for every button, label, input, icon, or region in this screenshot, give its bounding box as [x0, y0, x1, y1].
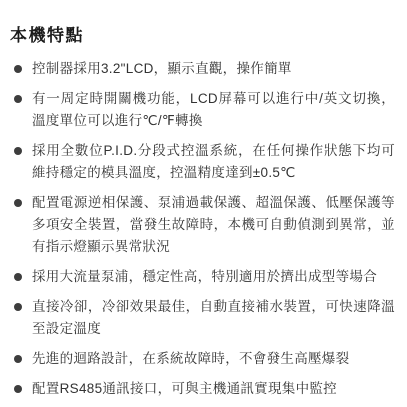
bullet-dot-icon: [14, 385, 22, 393]
feature-list-item: 配置電源逆相保護、泵浦過載保護、超溫保護、低壓保護等多項安全裝置，當發生故障時，…: [10, 192, 395, 258]
bullet-dot-icon: [14, 95, 22, 103]
feature-page: 本機特點 控制器採用3.2"LCD，顯示直觀，操作簡單 有一周定時開關機功能，L…: [0, 0, 407, 407]
feature-list-item: 直接冷卻，冷卻效果最佳，自動直接補水裝置，可快速降溫至設定溫度: [10, 296, 395, 340]
feature-list-item: 有一周定時開關機功能，LCD屏幕可以進行中/英文切換，溫度單位可以進行℃/℉轉換: [10, 88, 395, 132]
feature-text: 採用大流量泵浦，穩定性高，特別適用於擠出成型等場合: [32, 266, 395, 288]
bullet-dot-icon: [14, 147, 22, 155]
feature-text: 採用全數位P.I.D.分段式控溫系統，在任何操作狀態下均可維持穩定的模具溫度，控…: [32, 140, 395, 184]
feature-list-item: 先進的迴路設計，在系統故障時，不會發生高壓爆裂: [10, 348, 395, 370]
feature-list: 控制器採用3.2"LCD，顯示直觀，操作簡單 有一周定時開關機功能，LCD屏幕可…: [10, 58, 395, 400]
feature-text: 控制器採用3.2"LCD，顯示直觀，操作簡單: [32, 58, 395, 80]
page-title: 本機特點: [10, 26, 395, 46]
feature-text: 配置電源逆相保護、泵浦過載保護、超溫保護、低壓保護等多項安全裝置，當發生故障時，…: [32, 192, 395, 258]
bullet-dot-icon: [14, 199, 22, 207]
feature-text: 配置RS485通訊接口，可與主機通訊實現集中監控: [32, 378, 395, 400]
bullet-dot-icon: [14, 65, 22, 73]
feature-text: 直接冷卻，冷卻效果最佳，自動直接補水裝置，可快速降溫至設定溫度: [32, 296, 395, 340]
feature-text: 有一周定時開關機功能，LCD屏幕可以進行中/英文切換，溫度單位可以進行℃/℉轉換: [32, 88, 395, 132]
bullet-dot-icon: [14, 355, 22, 363]
feature-list-item: 採用全數位P.I.D.分段式控溫系統，在任何操作狀態下均可維持穩定的模具溫度，控…: [10, 140, 395, 184]
bullet-dot-icon: [14, 273, 22, 281]
feature-list-item: 採用大流量泵浦，穩定性高，特別適用於擠出成型等場合: [10, 266, 395, 288]
bullet-dot-icon: [14, 303, 22, 311]
feature-list-item: 配置RS485通訊接口，可與主機通訊實現集中監控: [10, 378, 395, 400]
feature-list-item: 控制器採用3.2"LCD，顯示直觀，操作簡單: [10, 58, 395, 80]
feature-text: 先進的迴路設計，在系統故障時，不會發生高壓爆裂: [32, 348, 395, 370]
